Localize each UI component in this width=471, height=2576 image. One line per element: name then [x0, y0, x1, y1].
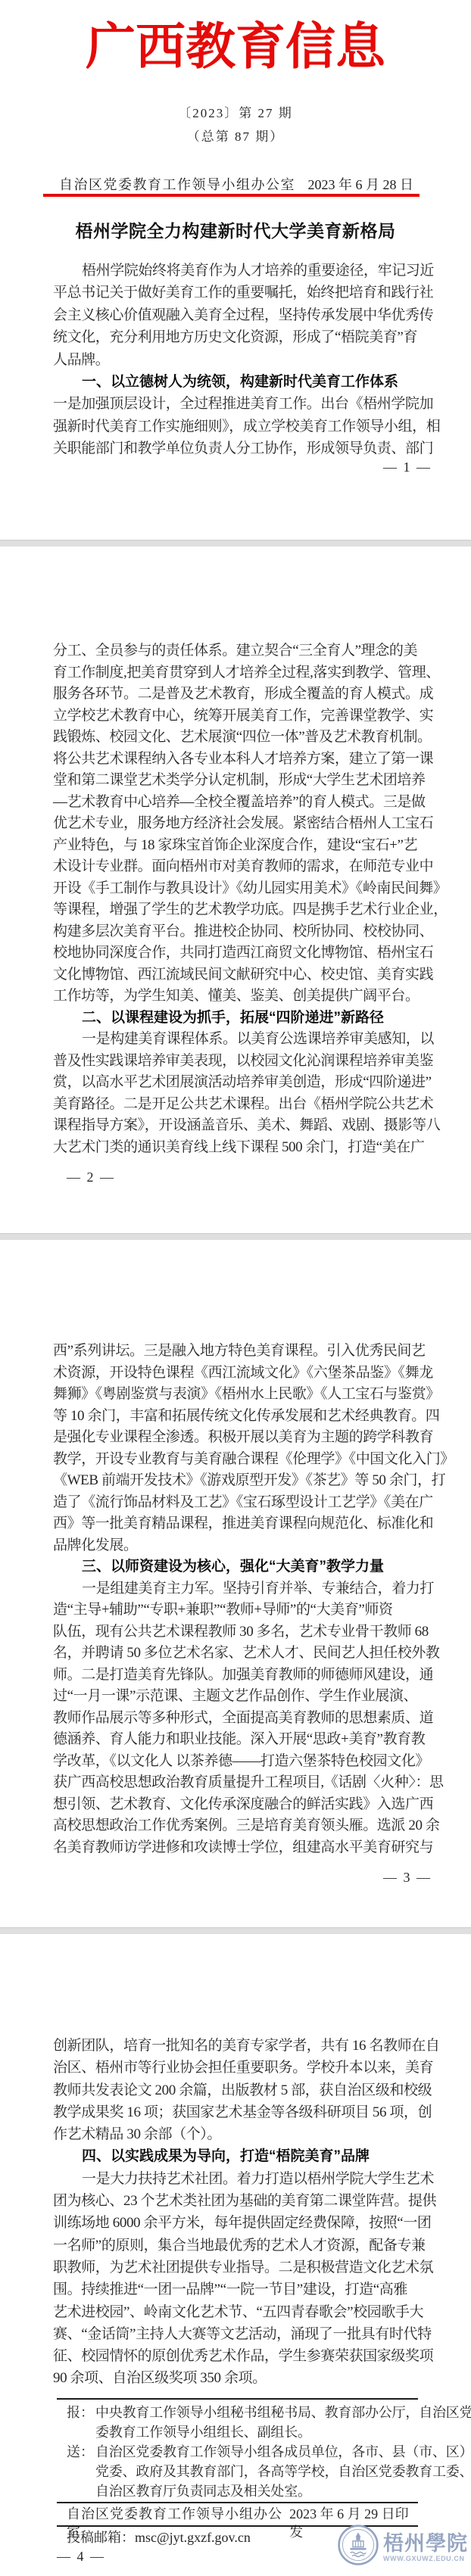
text-line: 普及性实践课培养审美表现，以校园文化沁润课程培养审美鉴 — [53, 1051, 435, 1073]
text-line: 90 余项、自治区级奖项 350 余项。 — [53, 2367, 435, 2389]
page-3: 西”系列讲坛。三是融入地方特色美育课程。引入优秀民间艺术资源，开设特色课程《西江… — [0, 1240, 471, 1927]
text-line: 等课程，增强了学生的艺术教学功底。四是携手艺术行业企业， — [53, 899, 435, 921]
text-line: 校地协同深度合作，共同打造西江商贸文化博物馆、梧州宝石 — [53, 942, 435, 964]
body-text: 分工、全员参与的责任体系。建立契合“三全育人”理念的美育工作制度,把美育贯穿到人… — [53, 640, 435, 1158]
text-line: 过“一月一课”示范课、主题文艺作品创作、学生作业展演、 — [53, 1686, 435, 1708]
masthead-title: 广西教育信息 — [0, 15, 471, 80]
text-line: 团为核心、23 个艺术类社团为基础的美育第二课堂阵营。提供 — [53, 2190, 435, 2212]
text-line: 是强化专业课程全渗透。积极开展以美育为主题的跨学科教育 — [53, 1427, 435, 1449]
text-line: 一是加强顶层设计，全过程推进美育工作。出台《梧州学院加 — [53, 393, 435, 415]
text-line: 治区、梧州市等行业协会担任重要职务。学校升本以来，美育 — [53, 2057, 435, 2079]
text-line: 赏，以高水平艺术团展演活动培养审美创造，形成“四阶递进” — [53, 1072, 435, 1094]
page-number: — 2 — — [67, 1170, 115, 1185]
text-line: 术资源，开设特色课程《西江流域文化》《六堡茶品鉴》《舞龙 — [53, 1363, 435, 1385]
text-line: 师。二是打造美育先锋队。加强美育教师的师德师风建设，通 — [53, 1665, 435, 1687]
issue-date: 2023 年 6 月 28 日 — [308, 174, 414, 194]
text-line: 职教师，为艺术社团提供专业指导。二是积极营造文化艺术氛 — [53, 2257, 435, 2279]
email-label: 投稿邮箱： — [67, 2530, 135, 2545]
text-line: 艺术进校园”、岭南文化艺术节、“五四青春歌会”校园歌手大 — [53, 2301, 435, 2323]
text-line: 一是组建美育主力军。坚持引育并举、专兼结合，着力打 — [53, 1578, 435, 1600]
text-line: 美育路径。二是开足公共艺术课程。出台《梧州学院公共艺术 — [53, 1094, 435, 1116]
university-emblem-icon — [337, 2524, 379, 2570]
text-line: 统文化，充分利用地方历史文化资源，形成了“梧院美育”育 — [53, 326, 435, 348]
issue-number: 〔2023〕第 27 期 — [0, 102, 471, 121]
text-line: 委教育工作领导小组组长、副组长。 — [95, 2422, 471, 2442]
text-line: 赛、“金话筒”主持人大赛等文艺活动，涌现了一批具有时代特 — [53, 2323, 435, 2345]
text-line: 强新时代美育工作实施细则》，成立学校美育工作领导小组，相 — [53, 416, 435, 438]
text-line: 党委、政府及其教育部门，各高等学校，自治区党委教育工委、 — [95, 2462, 471, 2481]
text-line: 名美育教师访学进修和攻读博士学位，组建高水平美育研究与 — [53, 1837, 435, 1859]
section-heading: 四、以实践成果为导向，打造“梧院美育”品牌 — [53, 2145, 435, 2167]
text-line: 术设计专业群。面向梧州市对美育教师的需求，在师范专业中 — [53, 856, 435, 878]
text-line: 创新团队，培育一批知名的美育专家学者，共有 16 名教师在自 — [53, 2035, 435, 2057]
page-1: 广西教育信息 〔2023〕第 27 期 （总第 87 期） 自治区党委教育工作领… — [0, 0, 471, 540]
text-line: 教师作品展示等多种形式，全面提高美育教师的思想素质、道 — [53, 1708, 435, 1730]
report-label: 报： — [67, 2403, 95, 2442]
text-line: 践锻炼、校园文化、艺术展演“四位一体”普及艺术教育机制。 — [53, 727, 435, 749]
text-line: 人品牌。 — [53, 349, 435, 371]
text-line: 平总书记关于做好美育工作的重要嘱托，始终把培育和践行社 — [53, 282, 435, 304]
text-line: 一是构建美育课程体系。以美育公选课培养审美感知，以 — [53, 1029, 435, 1051]
text-line: 品牌化发展。 — [53, 1535, 435, 1557]
university-name: 梧州學院 — [383, 2532, 468, 2555]
text-line: 舞狮》《粤剧鉴赏与表演》《梧州水上民歌》《人工宝石与鉴赏》 — [53, 1384, 435, 1406]
text-line: 名，并聘请 50 多位艺术名家、艺术人才、民间艺人担任校外教 — [53, 1643, 435, 1665]
section-heading: 二、以课程建设为抓手，拓展“四阶递进”新路径 — [53, 1008, 435, 1029]
issuing-org: 自治区党委教育工作领导小组办公室 — [59, 174, 295, 194]
masthead-info-row: 自治区党委教育工作领导小组办公室 2023 年 6 月 28 日 — [59, 174, 413, 194]
section-heading: 一、以立德树人为统领，构建新时代美育工作体系 — [53, 371, 435, 393]
text-line: 德涵养、育人能力和职业技能。深入开展“思政+美育”教育教 — [53, 1729, 435, 1751]
page-4: 创新团队，培育一批知名的美育专家学者，共有 16 名教师在自治区、梧州市等行业协… — [0, 1934, 471, 2576]
text-line: 教师共发表论文 200 余篇，出版教材 5 部，获自治区级和校级 — [53, 2079, 435, 2101]
section-heading: 三、以师资建设为核心，强化“大美育”教学力量 — [53, 1556, 435, 1578]
text-line: 教学，开设专业教育与美育融合课程《伦理学》《中国文化入门》 — [53, 1449, 435, 1471]
email-address: msc@jyt.gxzf.gov.cn — [135, 2530, 251, 2545]
page-number: — 3 — — [53, 1870, 462, 1886]
text-line: 课程指导方案》，开设涵盖音乐、美术、舞蹈、戏剧、摄影等八 — [53, 1115, 435, 1137]
total-issue-number: （总第 87 期） — [0, 126, 471, 145]
text-line: 高校思想政治工作优秀案例。三是培育美育领头雁。选派 20 余 — [53, 1815, 435, 1837]
body-text: 创新团队，培育一批知名的美育专家学者，共有 16 名教师在自治区、梧州市等行业协… — [53, 2035, 435, 2390]
text-line: 等 10 余门，丰富和拓展传统文化传承发展和艺术经典教育。四 — [53, 1406, 435, 1428]
text-line: 自治区教育厅负责同志及相关处室。 — [95, 2481, 471, 2501]
send-label: 送： — [67, 2442, 95, 2501]
text-line: 梧州学院始终将美育作为人才培养的重要途径，牢记习近 — [53, 260, 435, 282]
send-recipients: 自治区党委教育工作领导小组各成员单位，各市、县（市、区） 党委、政府及其教育部门… — [95, 2442, 471, 2501]
body-text: 梧州学院始终将美育作为人才培养的重要途径，牢记习近平总书记关于做好美育工作的重要… — [53, 260, 435, 460]
text-line: 产业特色，与 18 家珠宝首饰企业深度合作，建设“宝石+”艺 — [53, 835, 435, 857]
university-wordmark: 梧州學院 WWW.GXUWZ.EDU.CN — [383, 2532, 468, 2562]
distribution-notes: 报： 中央教育工作领导小组秘书组秘书局、教育部办公厅，自治区党 委教育工作领导小… — [67, 2403, 423, 2501]
text-line: 育工作制度,把美育贯穿到人才培养全过程,落实到教学、管理、 — [53, 662, 435, 684]
text-line: 学改革，《以文化人 以茶养德——打造六堡茶特色校园文化》 — [53, 1751, 435, 1773]
text-line: 分工、全员参与的责任体系。建立契合“三全育人”理念的美 — [53, 640, 435, 662]
footer-rule-middle — [57, 2502, 418, 2503]
text-line: 作艺术精品 30 余部（个）。 — [53, 2123, 435, 2145]
text-line: —艺术教育中心培养—全校全覆盖培养”的育人模式。三是做 — [53, 792, 435, 814]
university-logo: 梧州學院 WWW.GXUWZ.EDU.CN — [337, 2524, 468, 2570]
text-line: 工作坊等，为学生知美、懂美、鉴美、创美提供广阔平台。 — [53, 986, 435, 1008]
text-line: 想引领、艺术教育、文化传承深度融合的鲜活实践》入选广西 — [53, 1794, 435, 1816]
text-line: 立学校艺术教育中心，统筹开展美育工作，完善课堂教学、实 — [53, 706, 435, 727]
text-line: 一名师”的原则，集合当地最优秀的艺术人才资源，配备专兼 — [53, 2235, 435, 2257]
text-line: 一是大力扶持艺术社团。着力打造以梧州学院大学生艺术 — [53, 2168, 435, 2190]
red-divider — [43, 194, 420, 197]
page-number: — 1 — — [53, 459, 457, 475]
text-line: 关职能部门和教学单位负责人分工协作，形成领导负责、部门 — [53, 438, 435, 459]
text-line: 获广西高校思想政治教育质量提升工程项目,《话剧〈火种〉：思 — [53, 1772, 435, 1794]
send-row: 送： 自治区党委教育工作领导小组各成员单位，各市、县（市、区） 党委、政府及其教… — [67, 2442, 423, 2501]
text-line: 文化博物馆、西江流域民间文献研究中心、校史馆、美育实践 — [53, 964, 435, 986]
text-line: 构建多层次美育平台。推进校企协同、校所协同、校校协同、 — [53, 921, 435, 943]
text-line: 服务各环节。二是普及艺术教育，形成全覆盖的育人模式。成 — [53, 684, 435, 706]
text-line: 西》等一批美育精品课程，推进美育课程向规范化、标准化和 — [53, 1513, 435, 1535]
text-line: 围。持续推进“一团一品牌”“一院一节目”建设，打造“高雅 — [53, 2279, 435, 2300]
text-line: 征、校园情怀的原创优秀艺术作品，学生参赛荣获国家级奖项 — [53, 2345, 435, 2367]
text-line: 训练场地 6000 余平方米，每年提供固定经费保障，按照“一团 — [53, 2212, 435, 2234]
text-line: 造了《流行饰品材料及工艺》《宝石琢型设计工艺学》《美在广 — [53, 1492, 435, 1514]
text-line: 西”系列讲坛。三是融入地方特色美育课程。引入优秀民间艺 — [53, 1341, 435, 1363]
text-line: 中央教育工作领导小组秘书组秘书局、教育部办公厅，自治区党 — [95, 2403, 471, 2422]
footer-rule-top — [57, 2398, 418, 2400]
article-title: 梧州学院全力构建新时代大学美育新格局 — [0, 217, 471, 242]
university-url: WWW.GXUWZ.EDU.CN — [383, 2555, 465, 2562]
text-line: 自治区党委教育工作领导小组各成员单位，各市、县（市、区） — [95, 2442, 471, 2462]
text-line: 教学成果奖 16 项；获国家艺术基金等各级科研项目 56 项，创 — [53, 2101, 435, 2123]
page-number: — 4 — — [57, 2549, 105, 2565]
text-line: 大艺术门类的通识美育线上线下课程 500 余门，打造“美在广 — [53, 1137, 435, 1159]
text-line: 优艺术专业，服务地方经济社会发展。紧密结合梧州人工宝石 — [53, 813, 435, 835]
report-recipients: 中央教育工作领导小组秘书组秘书局、教育部办公厅，自治区党 委教育工作领导小组组长… — [95, 2403, 471, 2442]
submission-email-row: 投稿邮箱：msc@jyt.gxzf.gov.cn — [67, 2528, 251, 2546]
text-line: 会主义核心价值观融入美育全过程，坚持传承发展中华优秀传 — [53, 304, 435, 326]
text-line: 堂和第二课堂艺术类学分认定机制，形成“大学生艺术团培养 — [53, 770, 435, 792]
body-text: 西”系列讲坛。三是融入地方特色美育课程。引入优秀民间艺术资源，开设特色课程《西江… — [53, 1341, 435, 1858]
page-2: 分工、全员参与的责任体系。建立契合“三全育人”理念的美育工作制度,把美育贯穿到人… — [0, 547, 471, 1233]
text-line: 将公共艺术课程纳入各专业本科人才培养方案，建立了第一课 — [53, 749, 435, 771]
text-line: 造“主导+辅助”“专职+兼职”“教师+导师”的“大美育”师资 — [53, 1599, 435, 1621]
report-row: 报： 中央教育工作领导小组秘书组秘书局、教育部办公厅，自治区党 委教育工作领导小… — [67, 2403, 423, 2442]
text-line: 开设《手工制作与教具设计》《幼儿园实用美术》《岭南民间舞》 — [53, 878, 435, 900]
scanned-document: { "masthead": { "title": "广西教育信息", "issu… — [0, 0, 471, 2576]
text-line: 《WEB 前端开发技术》《游戏原型开发》《茶艺》等 50 余门，打 — [53, 1470, 435, 1492]
text-line: 队伍，现有公共艺术课程教师 30 多名，艺术专业骨干教师 68 — [53, 1621, 435, 1643]
